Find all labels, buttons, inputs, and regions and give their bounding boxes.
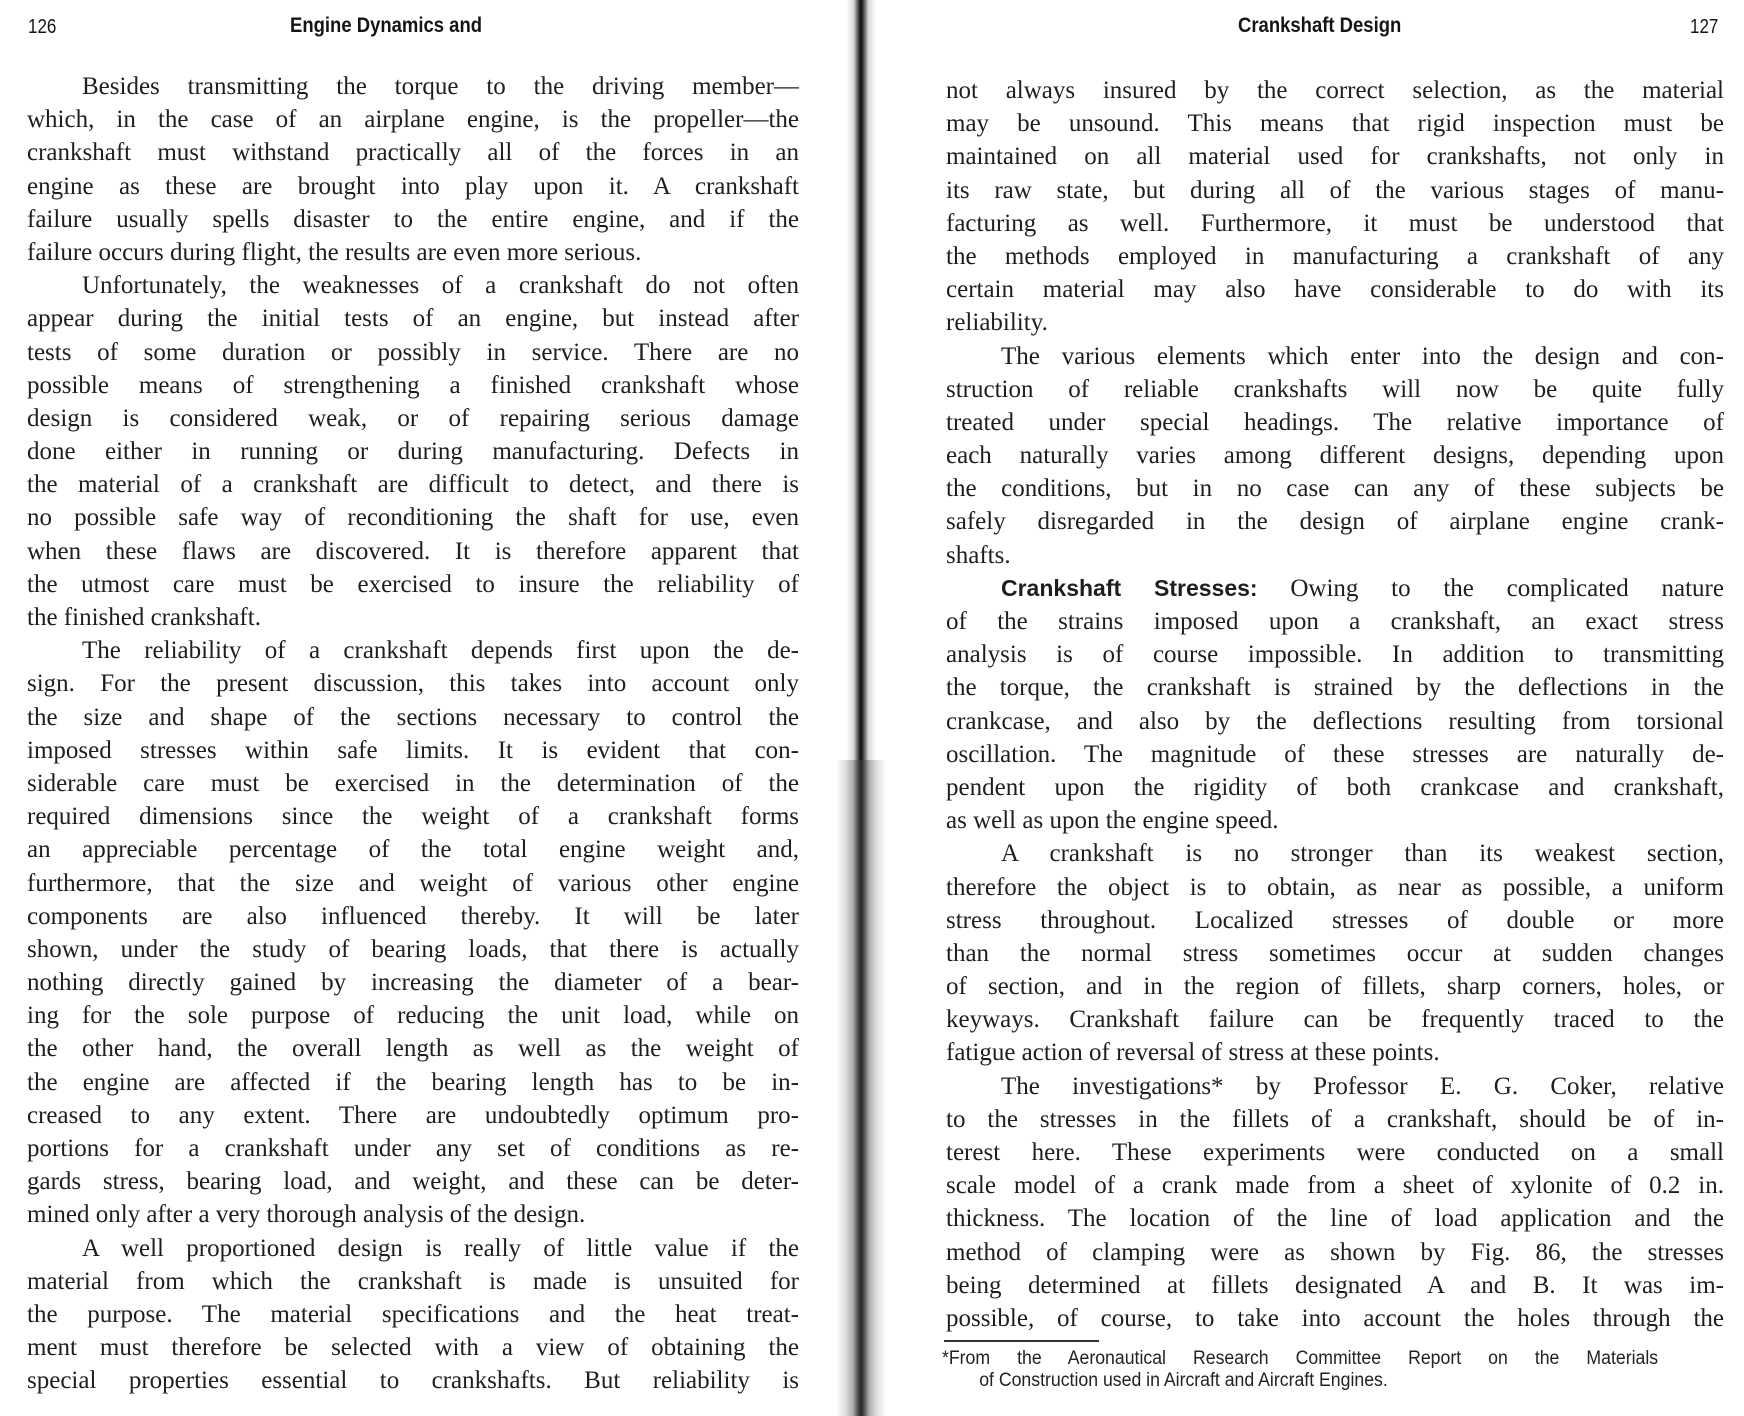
footnote-rule xyxy=(944,1340,1099,1342)
text-line: thickness. The location of the line of l… xyxy=(946,1202,1724,1235)
text-line: facturing as well. Furthermore, it must … xyxy=(946,207,1724,240)
text-line: safely disregarded in the design of airp… xyxy=(946,505,1724,538)
body-text: not always insured by the correct select… xyxy=(946,74,1724,1335)
footnote-line: of Construction used in Aircraft and Air… xyxy=(942,1370,1658,1392)
text-line: keyways. Crankshaft failure can be frequ… xyxy=(946,1003,1724,1036)
text-line: no possible safe way of reconditioning t… xyxy=(27,501,799,534)
text-line: done either in running or during manufac… xyxy=(27,435,799,468)
text-line: its raw state, but during all of the var… xyxy=(946,174,1724,207)
text-line: portions for a crankshaft under any set … xyxy=(27,1132,799,1165)
text-line: the material of a crankshaft are difficu… xyxy=(27,468,799,501)
text-line: scale model of a crank made from a sheet… xyxy=(946,1169,1724,1202)
text-line: as well as upon the engine speed. xyxy=(946,804,1724,837)
text-line: pendent upon the rigidity of both crankc… xyxy=(946,771,1724,804)
text-line: not always insured by the correct select… xyxy=(946,74,1724,107)
text-line: struction of reliable crankshafts will n… xyxy=(946,373,1724,406)
text-run: Owing to the complicated nature xyxy=(1258,575,1724,602)
text-line: A crankshaft is no stronger than its wea… xyxy=(946,837,1724,870)
running-head: Engine Dynamics and xyxy=(290,14,482,38)
text-line: mined only after a very thorough analysi… xyxy=(27,1198,799,1231)
text-line: required dimensions since the weight of … xyxy=(27,800,799,833)
text-line: Besides transmitting the torque to the d… xyxy=(27,70,799,103)
text-line: components are also influenced thereby. … xyxy=(27,900,799,933)
text-line: engine as these are brought into play up… xyxy=(27,170,799,203)
right-page: Crankshaft Design 127 not always insured… xyxy=(860,0,1744,1416)
text-line: shafts. xyxy=(946,539,1724,572)
text-line: than the normal stress sometimes occur a… xyxy=(946,937,1724,970)
text-line: analysis is of course impossible. In add… xyxy=(946,638,1724,671)
text-line: A well proportioned design is really of … xyxy=(27,1232,799,1265)
text-line: crankcase, and also by the deflections r… xyxy=(946,705,1724,738)
text-line: of section, and in the region of fillets… xyxy=(946,970,1724,1003)
text-line: nothing directly gained by increasing th… xyxy=(27,966,799,999)
text-line: treated under special headings. The rela… xyxy=(946,406,1724,439)
text-line: the conditions, but in no case can any o… xyxy=(946,472,1724,505)
text-line: appear during the initial tests of an en… xyxy=(27,302,799,335)
text-line: therefore the object is to obtain, as ne… xyxy=(946,871,1724,904)
running-head: Crankshaft Design xyxy=(1238,14,1401,38)
page-number: 127 xyxy=(1690,16,1718,39)
text-line: oscillation. The magnitude of these stre… xyxy=(946,738,1724,771)
text-line: the size and shape of the sections neces… xyxy=(27,701,799,734)
body-text: Besides transmitting the torque to the d… xyxy=(27,70,799,1398)
section-heading: Crankshaft Stresses: xyxy=(1001,575,1258,601)
text-line: siderable care must be exercised in the … xyxy=(27,767,799,800)
text-line: possible means of strengthening a finish… xyxy=(27,369,799,402)
text-line: of the strains imposed upon a crankshaft… xyxy=(946,605,1724,638)
text-line: sign. For the present discussion, this t… xyxy=(27,667,799,700)
text-line: furthermore, that the size and weight of… xyxy=(27,867,799,900)
footnote: *From the Aeronautical Research Committe… xyxy=(942,1348,1658,1392)
text-line: imposed stresses within safe limits. It … xyxy=(27,734,799,767)
text-line: shown, under the study of bearing loads,… xyxy=(27,933,799,966)
text-line: the finished crankshaft. xyxy=(27,601,799,634)
text-line: Unfortunately, the weaknesses of a crank… xyxy=(27,269,799,302)
text-line: being determined at fillets designated A… xyxy=(946,1269,1724,1302)
text-line: maintained on all material used for cran… xyxy=(946,140,1724,173)
text-line: ing for the sole purpose of reducing the… xyxy=(27,999,799,1032)
footnote-line: *From the Aeronautical Research Committe… xyxy=(942,1348,1658,1370)
text-line: stress throughout. Localized stresses of… xyxy=(946,904,1724,937)
text-line: the purpose. The material specifications… xyxy=(27,1298,799,1331)
text-line: ment must therefore be selected with a v… xyxy=(27,1331,799,1364)
text-line: the methods employed in manufacturing a … xyxy=(946,240,1724,273)
text-line: The various elements which enter into th… xyxy=(946,340,1724,373)
left-page: 126 Engine Dynamics and Besides transmit… xyxy=(0,0,860,1416)
text-line: each naturally varies among different de… xyxy=(946,439,1724,472)
text-line: material from which the crankshaft is ma… xyxy=(27,1265,799,1298)
text-line: crankshaft must withstand practically al… xyxy=(27,136,799,169)
text-line: tests of some duration or possibly in se… xyxy=(27,336,799,369)
text-line: special properties essential to cranksha… xyxy=(27,1364,799,1397)
text-line: creased to any extent. There are undoubt… xyxy=(27,1099,799,1132)
text-line: failure occurs during flight, the result… xyxy=(27,236,799,269)
text-line: an appreciable percentage of the total e… xyxy=(27,833,799,866)
text-line: possible, of course, to take into accoun… xyxy=(946,1302,1724,1335)
text-line: The investigations* by Professor E. G. C… xyxy=(946,1070,1724,1103)
text-line: may be unsound. This means that rigid in… xyxy=(946,107,1724,140)
text-line: gards stress, bearing load, and weight, … xyxy=(27,1165,799,1198)
text-line: which, in the case of an airplane engine… xyxy=(27,103,799,136)
page-number: 126 xyxy=(28,16,56,39)
text-line: the engine are affected if the bearing l… xyxy=(27,1066,799,1099)
text-line: the other hand, the overall length as we… xyxy=(27,1032,799,1065)
text-line: the utmost care must be exercised to ins… xyxy=(27,568,799,601)
text-line: method of clamping were as shown by Fig.… xyxy=(946,1236,1724,1269)
text-line: failure usually spells disaster to the e… xyxy=(27,203,799,236)
text-line: fatigue action of reversal of stress at … xyxy=(946,1036,1724,1069)
text-line: the torque, the crankshaft is strained b… xyxy=(946,671,1724,704)
text-line: to the stresses in the fillets of a cran… xyxy=(946,1103,1724,1136)
text-line: certain material may also have considera… xyxy=(946,273,1724,306)
text-line: when these flaws are discovered. It is t… xyxy=(27,535,799,568)
text-line: Crankshaft Stresses: Owing to the compli… xyxy=(946,572,1724,605)
text-line: design is considered weak, or of repairi… xyxy=(27,402,799,435)
text-line: reliability. xyxy=(946,306,1724,339)
text-line: The reliability of a crankshaft depends … xyxy=(27,634,799,667)
text-line: terest here. These experiments were cond… xyxy=(946,1136,1724,1169)
